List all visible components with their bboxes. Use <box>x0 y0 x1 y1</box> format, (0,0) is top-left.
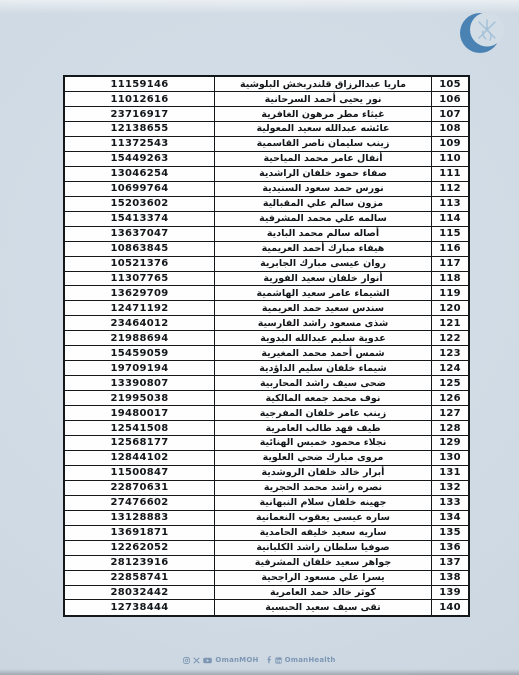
name-cell: نوف محمد جمعه المالكية <box>215 391 432 406</box>
table-row: 111 صفاء حمود خلفان الراشدية 13046254 <box>64 166 469 181</box>
table-row: 120 سندس سعيد حمد العريمية 12471192 <box>64 301 469 316</box>
name-cell: ساره عيسى يعقوب النعمانية <box>215 510 432 525</box>
name-cell: أبرار خالد خلفان الروشدية <box>215 465 432 480</box>
table-row: 134 ساره عيسى يعقوب النعمانية 13128883 <box>64 510 469 525</box>
civil-id-cell: 13128883 <box>64 510 215 525</box>
row-number-cell: 121 <box>432 316 470 331</box>
civil-id-cell: 15413374 <box>64 211 215 226</box>
civil-id-cell: 23464012 <box>64 316 215 331</box>
name-cell: غيثاء مطر مرهون الغافرية <box>215 107 432 122</box>
row-number-cell: 135 <box>432 525 470 540</box>
name-cell: زينب سليمان ناصر القاسمية <box>215 136 432 151</box>
table-row: 117 روان عيسى مبارك الجابرية 10521376 <box>64 256 469 271</box>
roster-table: 105 ماريا عبدالرزاق قلندربخش البلوشية 11… <box>63 75 470 617</box>
row-number-cell: 127 <box>432 406 470 421</box>
row-number-cell: 114 <box>432 211 470 226</box>
civil-id-cell: 12541508 <box>64 421 215 436</box>
footer-social-bar: OmanMOH OmanHealth <box>0 656 519 664</box>
table-row: 128 طيف فهد طالب العامرية 12541508 <box>64 421 469 436</box>
row-number-cell: 117 <box>432 256 470 271</box>
row-number-cell: 126 <box>432 391 470 406</box>
row-number-cell: 119 <box>432 286 470 301</box>
civil-id-cell: 12262052 <box>64 540 215 555</box>
civil-id-cell: 19480017 <box>64 406 215 421</box>
page-edge-shadow <box>0 669 519 675</box>
name-cell: ماريا عبدالرزاق قلندربخش البلوشية <box>215 76 432 92</box>
civil-id-cell: 12738444 <box>64 600 215 616</box>
civil-id-cell: 13046254 <box>64 166 215 181</box>
civil-id-cell: 12471192 <box>64 301 215 316</box>
name-cell: صفاء حمود خلفان الراشدية <box>215 166 432 181</box>
row-number-cell: 112 <box>432 181 470 196</box>
instagram-icon <box>183 657 190 664</box>
civil-id-cell: 23716917 <box>64 107 215 122</box>
name-cell: مزون سالم علي المقبالية <box>215 196 432 211</box>
table-row: 127 زينب عامر خلفان المفرجية 19480017 <box>64 406 469 421</box>
row-number-cell: 136 <box>432 540 470 555</box>
health-social-handle: OmanHealth <box>285 656 336 664</box>
row-number-cell: 123 <box>432 346 470 361</box>
name-cell: أنفال عامر محمد المياحية <box>215 151 432 166</box>
table-row: 124 شيماء خلفان سليم الداؤدية 19709194 <box>64 361 469 376</box>
row-number-cell: 139 <box>432 585 470 600</box>
name-cell: روان عيسى مبارك الجابرية <box>215 256 432 271</box>
name-cell: ساريه سعيد خليفه الحامدية <box>215 525 432 540</box>
table-row: 136 صوفيا سلطان راشد الكلبانية 12262052 <box>64 540 469 555</box>
civil-id-cell: 11307765 <box>64 271 215 286</box>
name-cell: زينب عامر خلفان المفرجية <box>215 406 432 421</box>
name-cell: أصاله سالم محمد البادية <box>215 226 432 241</box>
table-row: 130 مروى مبارك ضحي العلوية 12844102 <box>64 450 469 465</box>
row-number-cell: 124 <box>432 361 470 376</box>
civil-id-cell: 10521376 <box>64 256 215 271</box>
civil-id-cell: 22858741 <box>64 570 215 585</box>
name-cell: سندس سعيد حمد العريمية <box>215 301 432 316</box>
civil-id-cell: 12568177 <box>64 436 215 451</box>
row-number-cell: 138 <box>432 570 470 585</box>
civil-id-cell: 15449263 <box>64 151 215 166</box>
name-cell: شيماء خلفان سليم الداؤدية <box>215 361 432 376</box>
civil-id-cell: 28123916 <box>64 555 215 570</box>
table-row: 122 عدوية سليم عبدالله البدوية 21988694 <box>64 331 469 346</box>
x-icon <box>193 657 200 664</box>
row-number-cell: 137 <box>432 555 470 570</box>
row-number-cell: 108 <box>432 121 470 136</box>
name-cell: نورس حمد سعود السنيدية <box>215 181 432 196</box>
table-row: 139 كوثر خالد حمد العامرية 28032442 <box>64 585 469 600</box>
row-number-cell: 132 <box>432 480 470 495</box>
civil-id-cell: 21988694 <box>64 331 215 346</box>
civil-id-cell: 13390807 <box>64 376 215 391</box>
civil-id-cell: 15459059 <box>64 346 215 361</box>
table-row: 116 هيفاء مبارك أحمد العريمية 10863845 <box>64 241 469 256</box>
civil-id-cell: 13691871 <box>64 525 215 540</box>
facebook-icon <box>267 656 272 664</box>
name-cell: هيفاء مبارك أحمد العريمية <box>215 241 432 256</box>
row-number-cell: 128 <box>432 421 470 436</box>
table-row: 131 أبرار خالد خلفان الروشدية 11500847 <box>64 465 469 480</box>
table-row: 125 ضحى سيف راشد المحاربية 13390807 <box>64 376 469 391</box>
civil-id-cell: 15203602 <box>64 196 215 211</box>
table-row: 115 أصاله سالم محمد البادية 13637047 <box>64 226 469 241</box>
civil-id-cell: 22870631 <box>64 480 215 495</box>
row-number-cell: 118 <box>432 271 470 286</box>
table-row: 138 يسرا علي مسعود الراجحية 22858741 <box>64 570 469 585</box>
row-number-cell: 131 <box>432 465 470 480</box>
row-number-cell: 120 <box>432 301 470 316</box>
civil-id-cell: 11500847 <box>64 465 215 480</box>
civil-id-cell: 12844102 <box>64 450 215 465</box>
civil-id-cell: 11012616 <box>64 92 215 107</box>
linkedin-icon <box>275 657 282 664</box>
table-row: 126 نوف محمد جمعه المالكية 21995038 <box>64 391 469 406</box>
name-cell: عائشه عبدالله سعيد المعولية <box>215 121 432 136</box>
name-cell: طيف فهد طالب العامرية <box>215 421 432 436</box>
name-cell: أنوار خلفان سعيد الفورية <box>215 271 432 286</box>
name-cell: يسرا علي مسعود الراجحية <box>215 570 432 585</box>
row-number-cell: 122 <box>432 331 470 346</box>
row-number-cell: 107 <box>432 107 470 122</box>
table-row: 112 نورس حمد سعود السنيدية 10699764 <box>64 181 469 196</box>
row-number-cell: 116 <box>432 241 470 256</box>
name-cell: صوفيا سلطان راشد الكلبانية <box>215 540 432 555</box>
name-cell: جهينه خلفان سلام النبهانية <box>215 495 432 510</box>
table-row: 132 نصره راشد محمد الحجرية 22870631 <box>64 480 469 495</box>
row-number-cell: 110 <box>432 151 470 166</box>
table-row: 113 مزون سالم علي المقبالية 15203602 <box>64 196 469 211</box>
table-row: 140 تقى سيف سعيد الحبسية 12738444 <box>64 600 469 616</box>
name-cell: نور يحيى أحمد السرحانية <box>215 92 432 107</box>
moh-oman-logo <box>457 7 507 57</box>
name-cell: نجلاء محمود خميس الهنائية <box>215 436 432 451</box>
table-row: 135 ساريه سعيد خليفه الحامدية 13691871 <box>64 525 469 540</box>
row-number-cell: 111 <box>432 166 470 181</box>
row-number-cell: 133 <box>432 495 470 510</box>
civil-id-cell: 11159146 <box>64 76 215 92</box>
name-cell: نصره راشد محمد الحجرية <box>215 480 432 495</box>
scanned-page-background: 105 ماريا عبدالرزاق قلندربخش البلوشية 11… <box>0 0 519 675</box>
civil-id-cell: 21995038 <box>64 391 215 406</box>
youtube-icon <box>203 657 212 664</box>
civil-id-cell: 19709194 <box>64 361 215 376</box>
name-cell: تقى سيف سعيد الحبسية <box>215 600 432 616</box>
roster-table-body: 105 ماريا عبدالرزاق قلندربخش البلوشية 11… <box>64 76 469 616</box>
name-cell: عدوية سليم عبدالله البدوية <box>215 331 432 346</box>
table-row: 108 عائشه عبدالله سعيد المعولية 12138655 <box>64 121 469 136</box>
row-number-cell: 134 <box>432 510 470 525</box>
table-row: 110 أنفال عامر محمد المياحية 15449263 <box>64 151 469 166</box>
table-row: 123 شمس أحمد محمد المغيرية 15459059 <box>64 346 469 361</box>
name-cell: الشيماء عامر سعيد الهاشمية <box>215 286 432 301</box>
row-number-cell: 130 <box>432 450 470 465</box>
civil-id-cell: 13637047 <box>64 226 215 241</box>
table-row: 107 غيثاء مطر مرهون الغافرية 23716917 <box>64 107 469 122</box>
name-cell: مروى مبارك ضحي العلوية <box>215 450 432 465</box>
name-cell: جواهر سعيد خلفان المشرفية <box>215 555 432 570</box>
civil-id-cell: 10699764 <box>64 181 215 196</box>
civil-id-cell: 13629709 <box>64 286 215 301</box>
civil-id-cell: 12138655 <box>64 121 215 136</box>
row-number-cell: 109 <box>432 136 470 151</box>
table-row: 109 زينب سليمان ناصر القاسمية 11372543 <box>64 136 469 151</box>
name-cell: ضحى سيف راشد المحاربية <box>215 376 432 391</box>
row-number-cell: 105 <box>432 76 470 92</box>
civil-id-cell: 28032442 <box>64 585 215 600</box>
table-row: 105 ماريا عبدالرزاق قلندربخش البلوشية 11… <box>64 76 469 92</box>
table-row: 119 الشيماء عامر سعيد الهاشمية 13629709 <box>64 286 469 301</box>
civil-id-cell: 27476602 <box>64 495 215 510</box>
table-row: 121 شذى مسعود راشد الفارسية 23464012 <box>64 316 469 331</box>
row-number-cell: 113 <box>432 196 470 211</box>
name-cell: كوثر خالد حمد العامرية <box>215 585 432 600</box>
table-row: 114 سالمه علي محمد المشرفية 15413374 <box>64 211 469 226</box>
row-number-cell: 125 <box>432 376 470 391</box>
name-cell: شذى مسعود راشد الفارسية <box>215 316 432 331</box>
table-row: 118 أنوار خلفان سعيد الفورية 11307765 <box>64 271 469 286</box>
name-cell: شمس أحمد محمد المغيرية <box>215 346 432 361</box>
name-cell: سالمه علي محمد المشرفية <box>215 211 432 226</box>
civil-id-cell: 11372543 <box>64 136 215 151</box>
civil-id-cell: 10863845 <box>64 241 215 256</box>
row-number-cell: 140 <box>432 600 470 616</box>
row-number-cell: 115 <box>432 226 470 241</box>
row-number-cell: 129 <box>432 436 470 451</box>
table-row: 129 نجلاء محمود خميس الهنائية 12568177 <box>64 436 469 451</box>
moh-social-handle: OmanMOH <box>215 656 258 664</box>
table-row: 106 نور يحيى أحمد السرحانية 11012616 <box>64 92 469 107</box>
table-row: 137 جواهر سعيد خلفان المشرفية 28123916 <box>64 555 469 570</box>
table-row: 133 جهينه خلفان سلام النبهانية 27476602 <box>64 495 469 510</box>
row-number-cell: 106 <box>432 92 470 107</box>
